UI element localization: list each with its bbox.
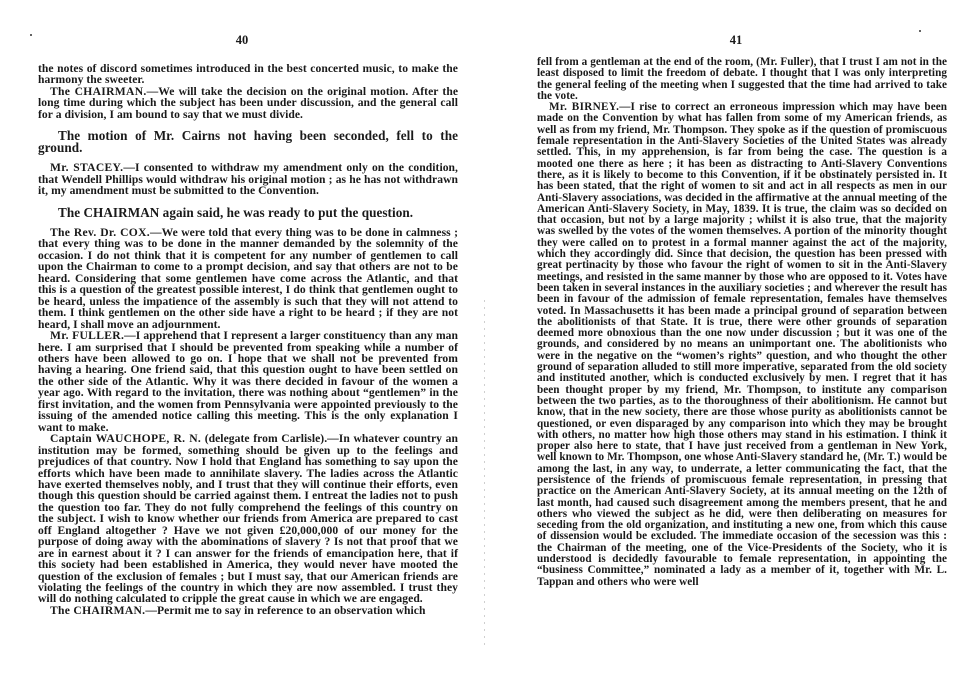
right-page: 41 fell from a gentleman at the end of t… xyxy=(537,0,947,692)
paragraph: The CHAIRMAN.—Permit me to say in refere… xyxy=(38,605,458,616)
paragraph: The CHAIRMAN again said, he was ready to… xyxy=(38,207,458,218)
page-number: 40 xyxy=(32,33,452,48)
scan-speck xyxy=(30,34,32,36)
left-page: 40 the notes of discord sometimes introd… xyxy=(38,0,458,692)
paragraph: the notes of discord sometimes introduce… xyxy=(38,63,458,86)
paragraph: The motion of Mr. Cairns not having been… xyxy=(38,130,458,153)
paragraph: The Rev. Dr. COX.—We were told that ever… xyxy=(38,227,458,330)
gutter-scan-artifact xyxy=(484,300,485,650)
paragraph: fell from a gentleman at the end of the … xyxy=(537,57,947,102)
speaker-name: Mr. BIRNEY. xyxy=(549,101,619,113)
page-number: 41 xyxy=(531,33,941,48)
paragraph: The CHAIRMAN.—We will take the decision … xyxy=(38,86,458,120)
page-body: fell from a gentleman at the end of the … xyxy=(537,57,947,588)
speaker-name: The CHAIRMAN. xyxy=(50,604,145,617)
page-body: the notes of discord sometimes introduce… xyxy=(38,63,458,616)
paragraph: Mr. STACEY.—I consented to withdraw my a… xyxy=(38,162,458,196)
paragraph: Mr. FULLER.—I apprehend that I represent… xyxy=(38,330,458,433)
book-spread: 40 the notes of discord sometimes introd… xyxy=(0,0,980,692)
paragraph: Captain WAUCHOPE, R. N. (delegate from C… xyxy=(38,433,458,605)
paragraph: Mr. BIRNEY.—I rise to correct an erroneo… xyxy=(537,102,947,588)
